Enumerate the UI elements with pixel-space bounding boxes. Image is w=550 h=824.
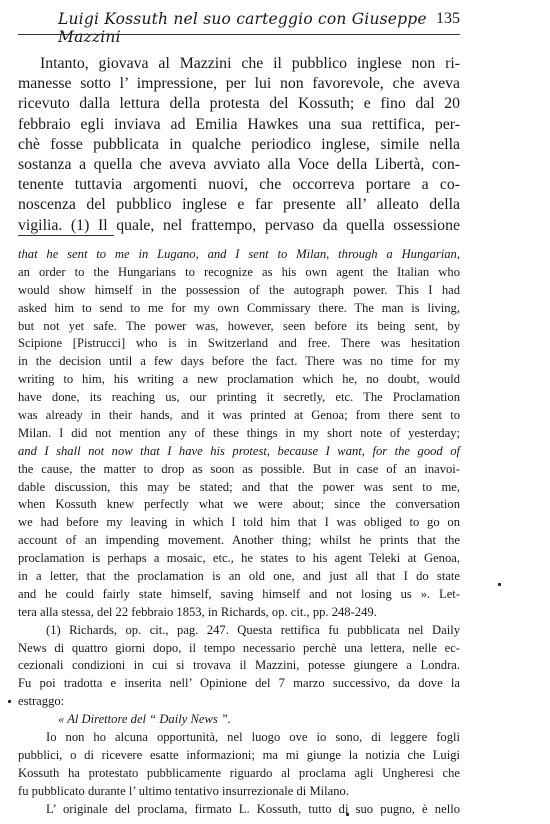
footnote-line: pubblici, o di ricevere esatte informazi… (18, 747, 460, 765)
header-rule (18, 34, 460, 35)
footnote-line: an order to the Hungarians to recognize … (18, 264, 460, 282)
page-number: 135 (436, 10, 460, 28)
footnote-line: in a letter, that the proclamation is an… (18, 568, 460, 586)
footnote-line: Scipione [Pistrucci] who is in Switzerla… (18, 335, 460, 353)
footnote-line: dable discussion, this may be stated; an… (18, 479, 460, 497)
footnote-line: Fu poi tradotta e inserita nell’ Opinion… (18, 675, 460, 693)
body-line: tenente tuttavia argomenti nuovi, che oc… (18, 175, 460, 195)
footnote-line: the cause, the matter to drop as soon as… (18, 461, 460, 479)
body-line: febbraio egli inviava ad Emilia Hawkes u… (18, 115, 460, 135)
footnote-line: cezionali condizioni in cui si trovava i… (18, 657, 460, 675)
footnotes: that he sent to me in Lugano, and I sent… (18, 246, 460, 819)
footnote-1: (1) Richards, op. cit., pag. 247. Questa… (18, 622, 460, 819)
footnote-separator (18, 235, 114, 236)
letter-heading: « Al Direttore del “ Daily News ”. (18, 711, 460, 729)
footnote-line: and he could fairly state himself, savin… (18, 586, 460, 604)
body-line: noscenza del pubblico inglese e far pres… (18, 195, 460, 215)
scan-speck (8, 700, 11, 703)
footnote-line: writing to him, his writing a new procla… (18, 371, 460, 389)
scan-speck (346, 813, 349, 816)
body-line: vigilia. (1) Il quale, nel frattempo, pe… (18, 216, 460, 236)
footnote-line: have done, its reaching us, our printing… (18, 389, 460, 407)
footnote-line: News di quattro giorni dopo, il tempo ne… (18, 640, 460, 658)
footnote-line: tera alla stessa, del 22 febbraio 1853, … (18, 604, 460, 622)
body-line: manesse sotto l’ impressione, per lui no… (18, 74, 460, 94)
footnote-line: account of an impending movement. Anothe… (18, 532, 460, 550)
footnote-line: in the decision until a few days before … (18, 353, 460, 371)
body-line: ricevuto dalla lettura della protesta de… (18, 94, 460, 114)
footnote-line: L’ originale del proclama, firmato L. Ko… (18, 801, 460, 819)
running-header: Luigi Kossuth nel suo carteggio con Gius… (18, 8, 460, 32)
footnote-line: asked him to send to me for my own Commi… (18, 300, 460, 318)
footnote-line: Io non ho alcuna opportunità, nel luogo … (18, 729, 460, 747)
footnote-line: (1) Richards, op. cit., pag. 247. Questa… (18, 622, 460, 640)
main-paragraph: Intanto, giovava al Mazzini che il pubbl… (18, 54, 460, 236)
footnote-line: was already in their hands, and it was p… (18, 407, 460, 425)
scan-speck (498, 583, 501, 586)
footnote-line: Milan. I did not mention any of these th… (18, 425, 460, 443)
quoted-letter-continuation: that he sent to me in Lugano, and I sent… (18, 246, 460, 622)
footnote-line: when Kossuth knew perfectly what we were… (18, 496, 460, 514)
footnote-line: we had before my leaving in which I told… (18, 514, 460, 532)
body-line: chè fosse pubblicata in qualche periodic… (18, 135, 460, 155)
running-title: Luigi Kossuth nel suo carteggio con Gius… (58, 10, 460, 46)
footnote-line: Kossuth ha protestato pubblicamente rigu… (18, 765, 460, 783)
footnote-line: would show himself in the possession of … (18, 282, 460, 300)
footnote-line: that he sent to me in Lugano, and I sent… (18, 246, 460, 264)
footnote-line: and I shall not now that I have his prot… (18, 443, 460, 461)
body-line: Intanto, giovava al Mazzini che il pubbl… (18, 54, 460, 74)
body-line: sostanza a quella che aveva avviato alla… (18, 155, 460, 175)
footnote-line: proclamation is perhaps a mosaic, etc., … (18, 550, 460, 568)
footnote-line: fu pubblicato durante l’ ultimo tentativ… (18, 783, 460, 801)
footnote-line: estraggo: (18, 693, 460, 711)
footnote-line: but not yet safe. The power was, however… (18, 318, 460, 336)
